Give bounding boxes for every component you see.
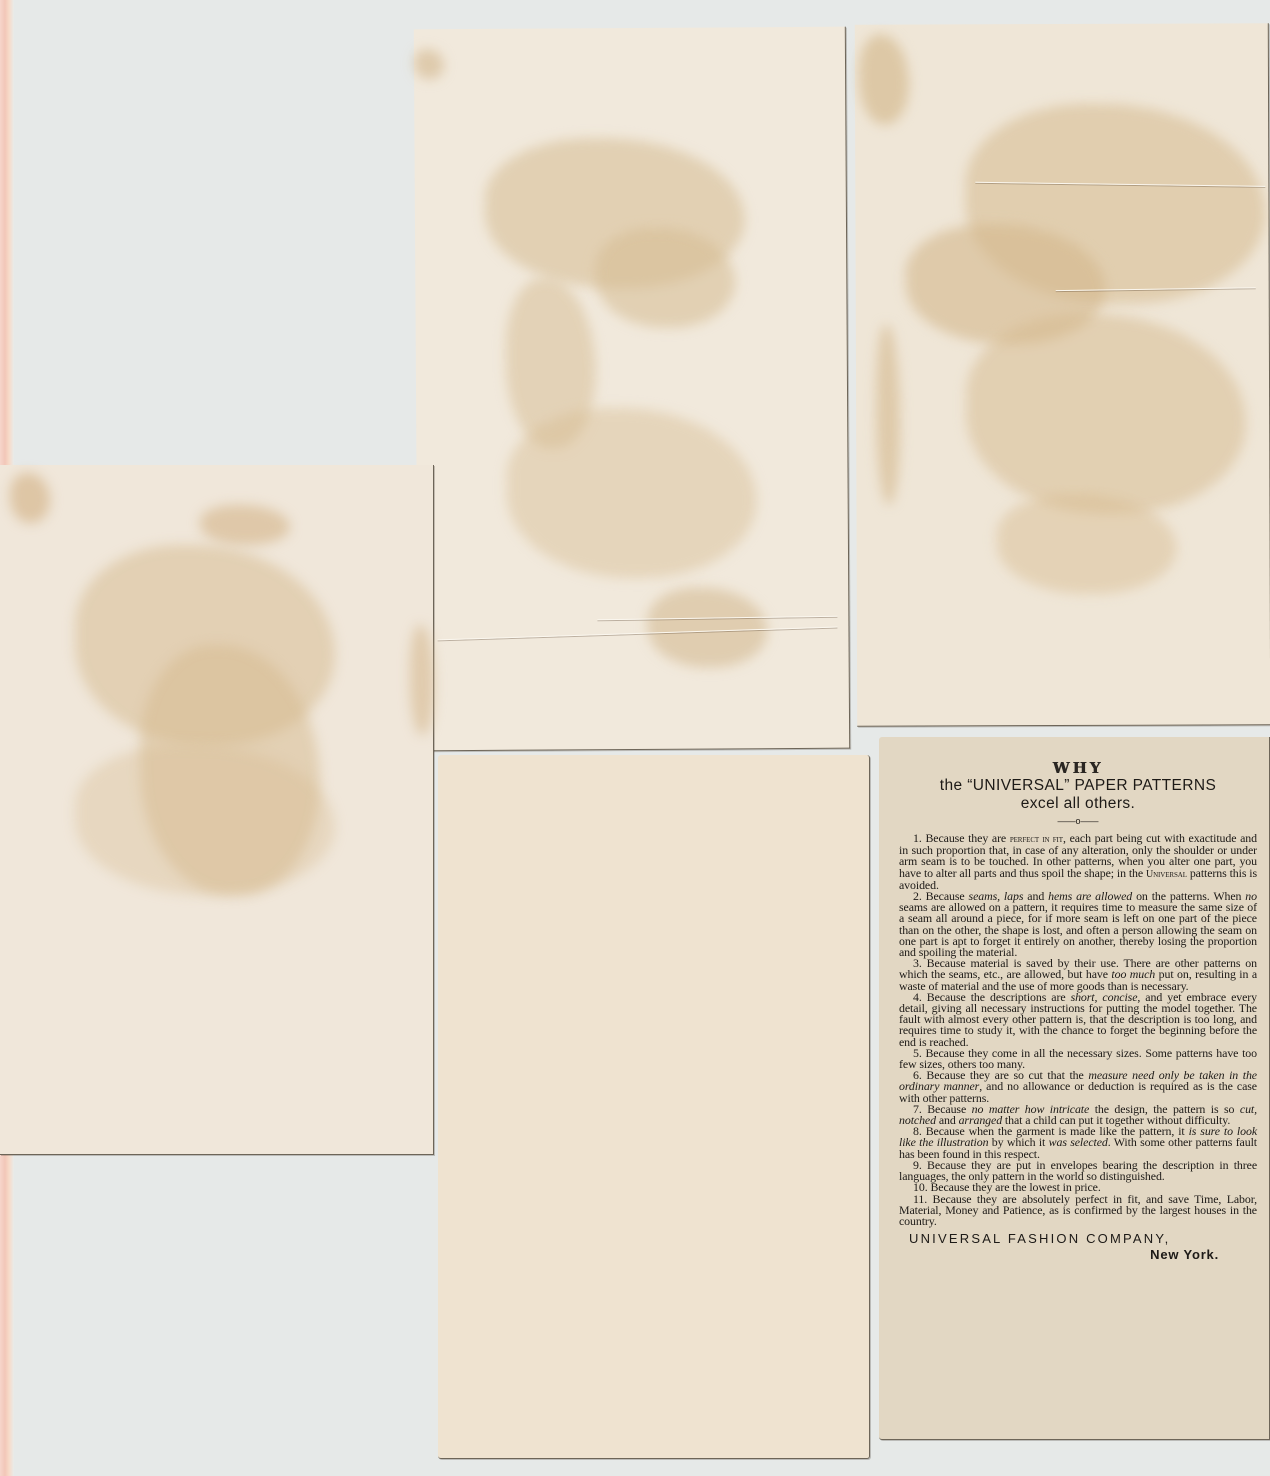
reason-item: 9. Because they are put in envelopes bea… bbox=[899, 1160, 1257, 1182]
reason-item: 4. Because the descriptions are short, c… bbox=[899, 992, 1257, 1048]
reason-text: was selected bbox=[1049, 1135, 1108, 1149]
foxing-stain bbox=[876, 325, 901, 505]
foxing-stain bbox=[506, 407, 757, 579]
paper-crack bbox=[1056, 287, 1256, 291]
advert-subtitle-line2: excel all others. bbox=[899, 795, 1257, 813]
foxing-stain bbox=[647, 587, 767, 668]
foxing-stain bbox=[414, 49, 444, 79]
foxing-stain bbox=[10, 473, 50, 523]
foxing-stain bbox=[410, 625, 434, 735]
card-back-left bbox=[0, 465, 434, 1155]
paper-crack bbox=[438, 627, 838, 641]
ornamental-divider: ——o—— bbox=[899, 815, 1257, 827]
advert-heading: WHY bbox=[899, 759, 1257, 777]
reason-text: Because they are absolutely perfect in f… bbox=[899, 1192, 1257, 1228]
reason-item: 6. Because they are so cut that the meas… bbox=[899, 1070, 1257, 1104]
foxing-stain bbox=[505, 278, 596, 449]
reason-item: 5. Because they come in all the necessar… bbox=[899, 1048, 1257, 1070]
foxing-stain bbox=[75, 745, 335, 895]
foxing-stain bbox=[905, 224, 1105, 345]
card-back-top-middle bbox=[414, 27, 850, 752]
reason-text: Universal bbox=[1146, 869, 1187, 880]
foxing-stain bbox=[859, 35, 909, 125]
foxing-stain bbox=[966, 313, 1247, 514]
reason-item: 8. Because when the garment is made like… bbox=[899, 1126, 1257, 1160]
paper-crack bbox=[597, 616, 837, 621]
advert-subtitle-line1: the “UNIVERSAL” PAPER PATTERNS bbox=[899, 777, 1257, 795]
card-back-top-right bbox=[855, 23, 1270, 726]
foxing-stain bbox=[75, 545, 335, 745]
advert-card: WHY the “UNIVERSAL” PAPER PATTERNS excel… bbox=[879, 737, 1270, 1440]
reason-item: 2. Because seams, laps and hems are allo… bbox=[899, 891, 1257, 958]
reason-item: 7. Because no matter how intricate the d… bbox=[899, 1104, 1257, 1126]
foxing-stain bbox=[965, 103, 1266, 304]
company-name: UNIVERSAL FASHION COMPANY, bbox=[899, 1231, 1257, 1247]
foxing-stain bbox=[996, 494, 1176, 595]
foxing-stain bbox=[140, 645, 320, 895]
reason-text: seams are allowed on a pattern, it requi… bbox=[899, 900, 1257, 959]
reasons-list: 1. Because they are perfect in fit, each… bbox=[899, 833, 1257, 1227]
foxing-stain bbox=[484, 137, 745, 289]
foxing-stain bbox=[200, 505, 290, 545]
paper-crack bbox=[975, 182, 1265, 187]
company-city: New York. bbox=[899, 1247, 1257, 1263]
card-back-bottom-middle bbox=[438, 755, 870, 1459]
reason-item: 11. Because they are absolutely perfect … bbox=[899, 1194, 1257, 1228]
reason-item: 1. Because they are perfect in fit, each… bbox=[899, 833, 1257, 891]
foxing-stain bbox=[595, 227, 736, 328]
reason-item: 3. Because material is saved by their us… bbox=[899, 958, 1257, 992]
